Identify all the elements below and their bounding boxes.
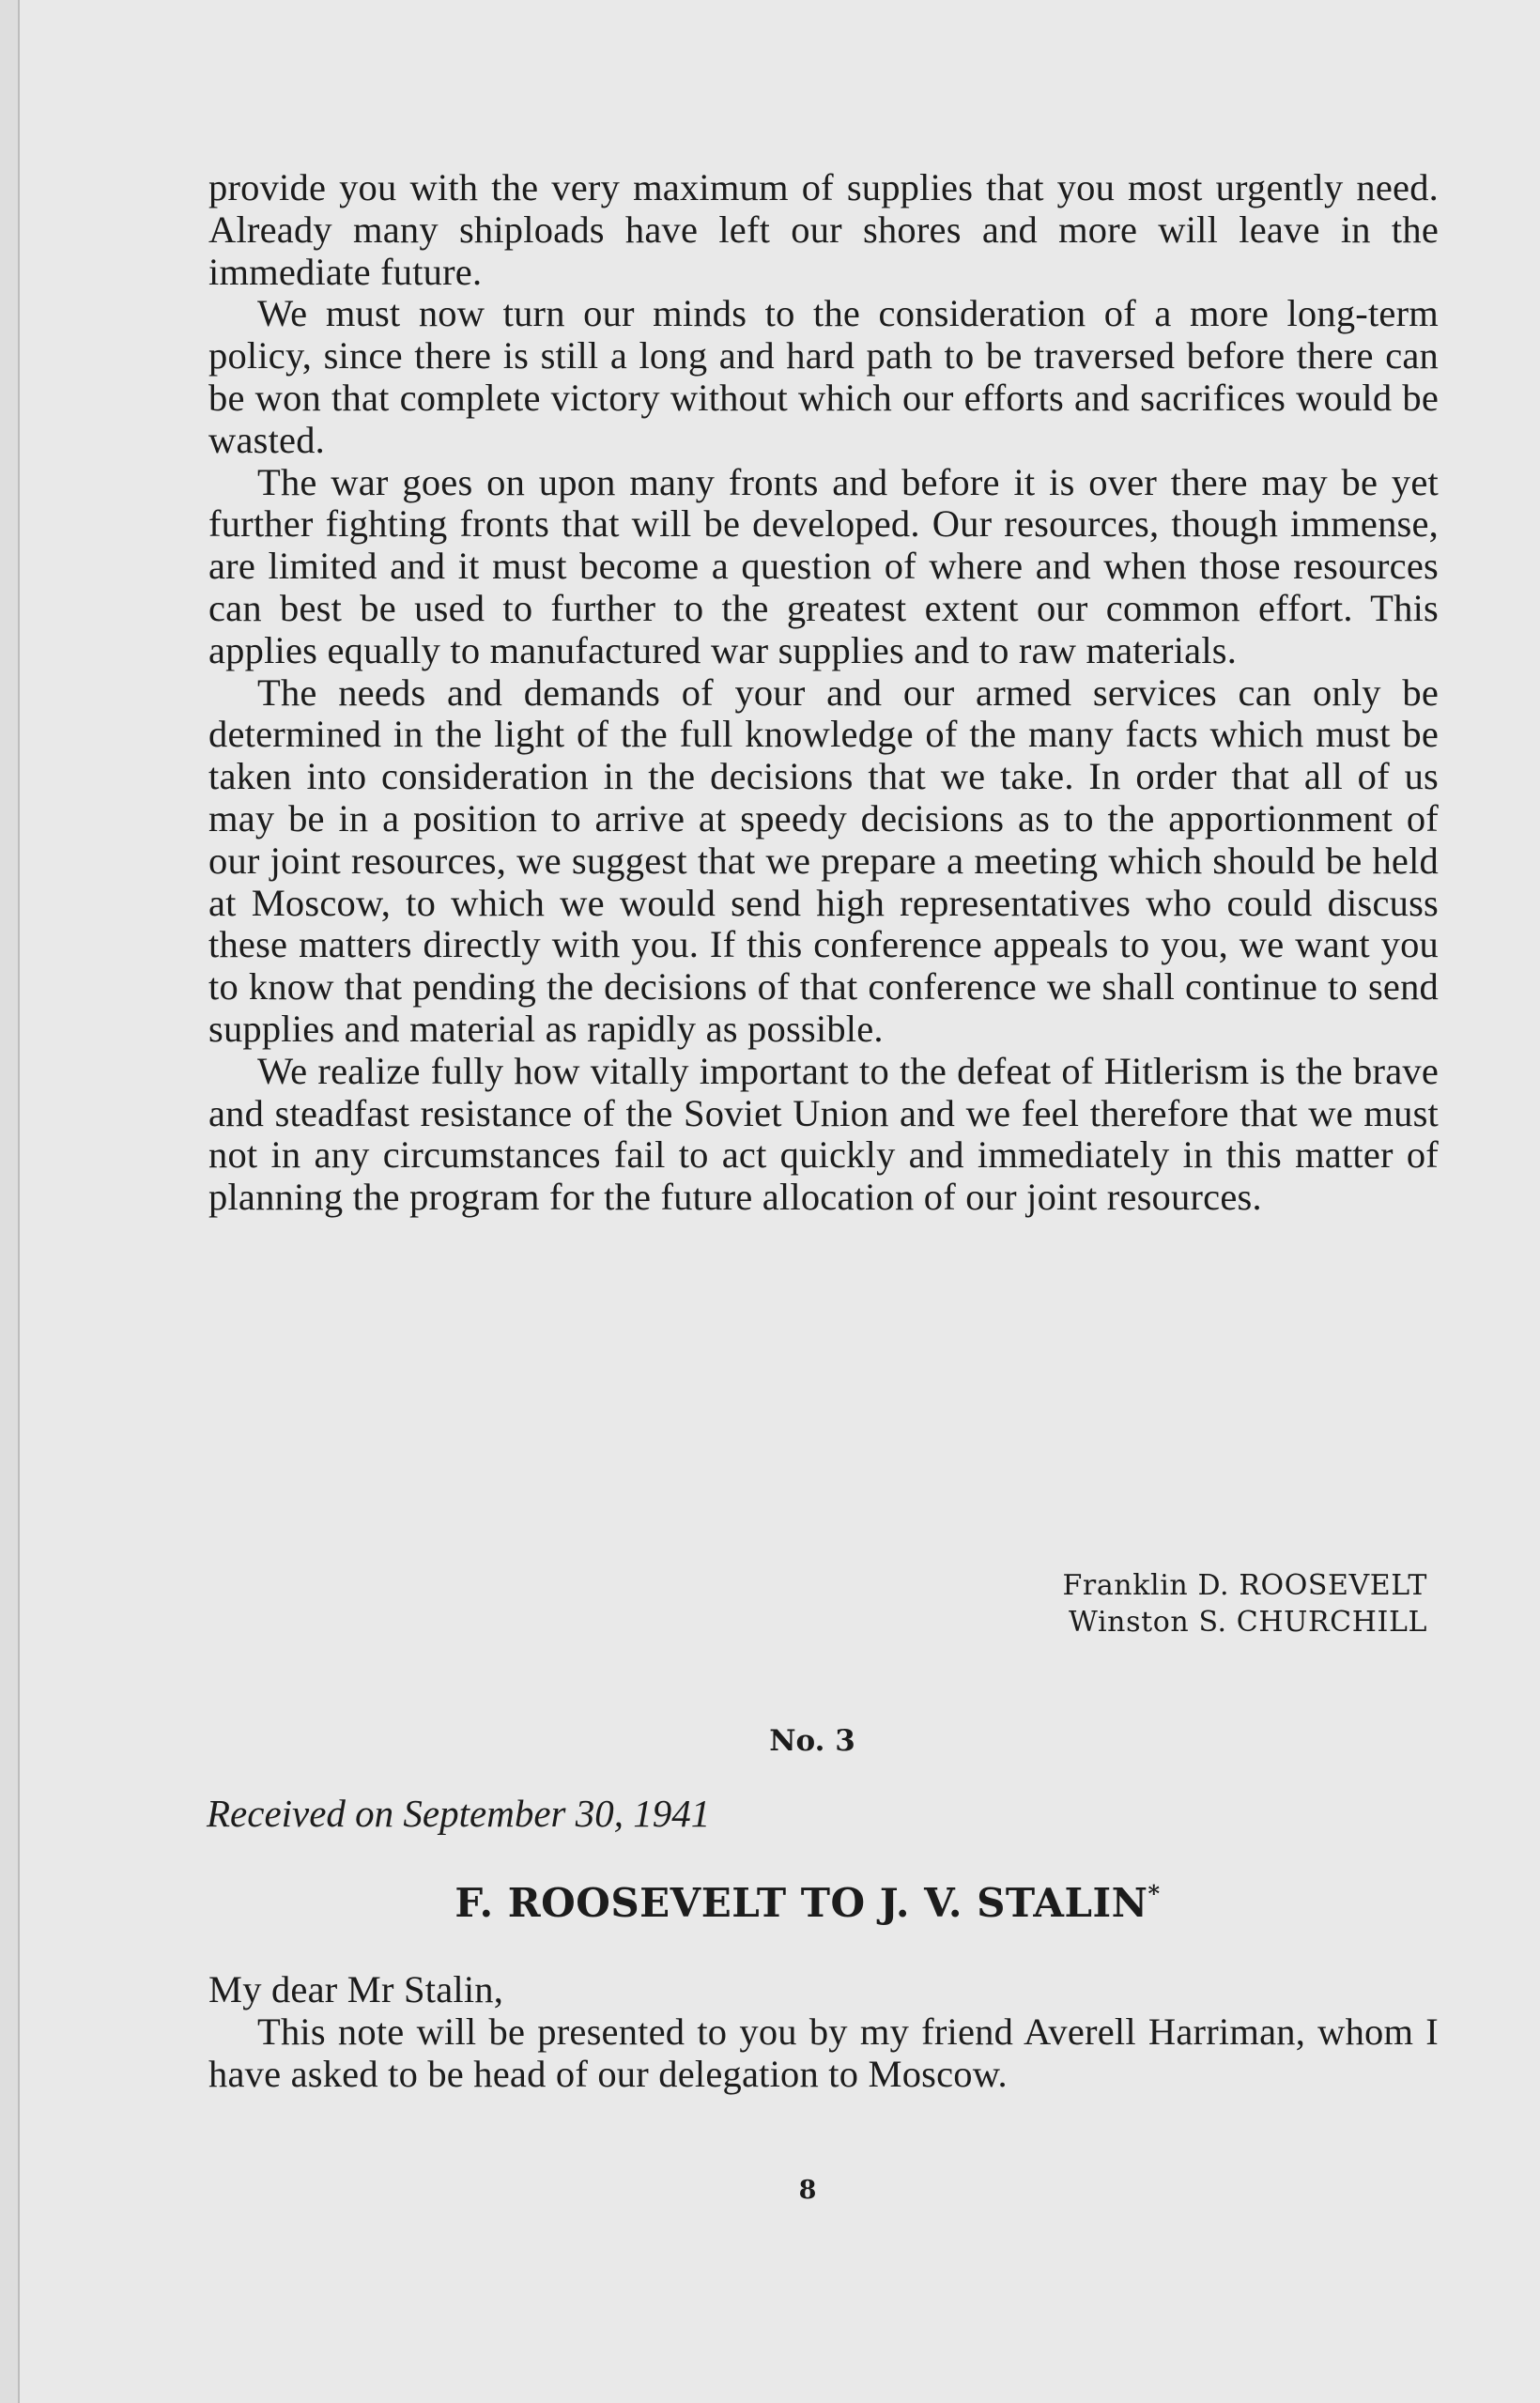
signature-churchill: Winston S. CHURCHILL (1062, 1604, 1427, 1641)
signature-roosevelt: Franklin D. ROOSEVELT (1062, 1567, 1427, 1604)
salutation: My dear Mr Stalin, (208, 1969, 1439, 2011)
signature-block: Franklin D. ROOSEVELT Winston S. CHURCHI… (1062, 1567, 1427, 1641)
letter-body-continued: provide you with the very maximum of sup… (208, 167, 1439, 1219)
new-letter-body: My dear Mr Stalin, This note will be pre… (208, 1969, 1439, 2095)
document-title-text: F. ROOSEVELT TO J. V. STALIN (454, 1880, 1147, 1926)
paragraph: This note will be presented to you by my… (208, 2011, 1439, 2096)
paragraph: We must now turn our minds to the consid… (208, 293, 1439, 461)
paragraph: We realize fully how vitally important t… (208, 1051, 1439, 1219)
paragraph: provide you with the very maximum of sup… (208, 167, 1439, 293)
page-binding-edge (0, 0, 20, 2403)
document-title: F. ROOSEVELT TO J. V. STALIN* (0, 1880, 1540, 1926)
received-date: Received on September 30, 1941 (207, 1791, 710, 1836)
footnote-mark: * (1148, 1880, 1161, 1907)
document-number: No. 3 (0, 1724, 1540, 1758)
paragraph: The war goes on upon many fronts and bef… (208, 462, 1439, 672)
paragraph: The needs and demands of your and our ar… (208, 672, 1439, 1051)
page-number: 8 (0, 2176, 1540, 2205)
